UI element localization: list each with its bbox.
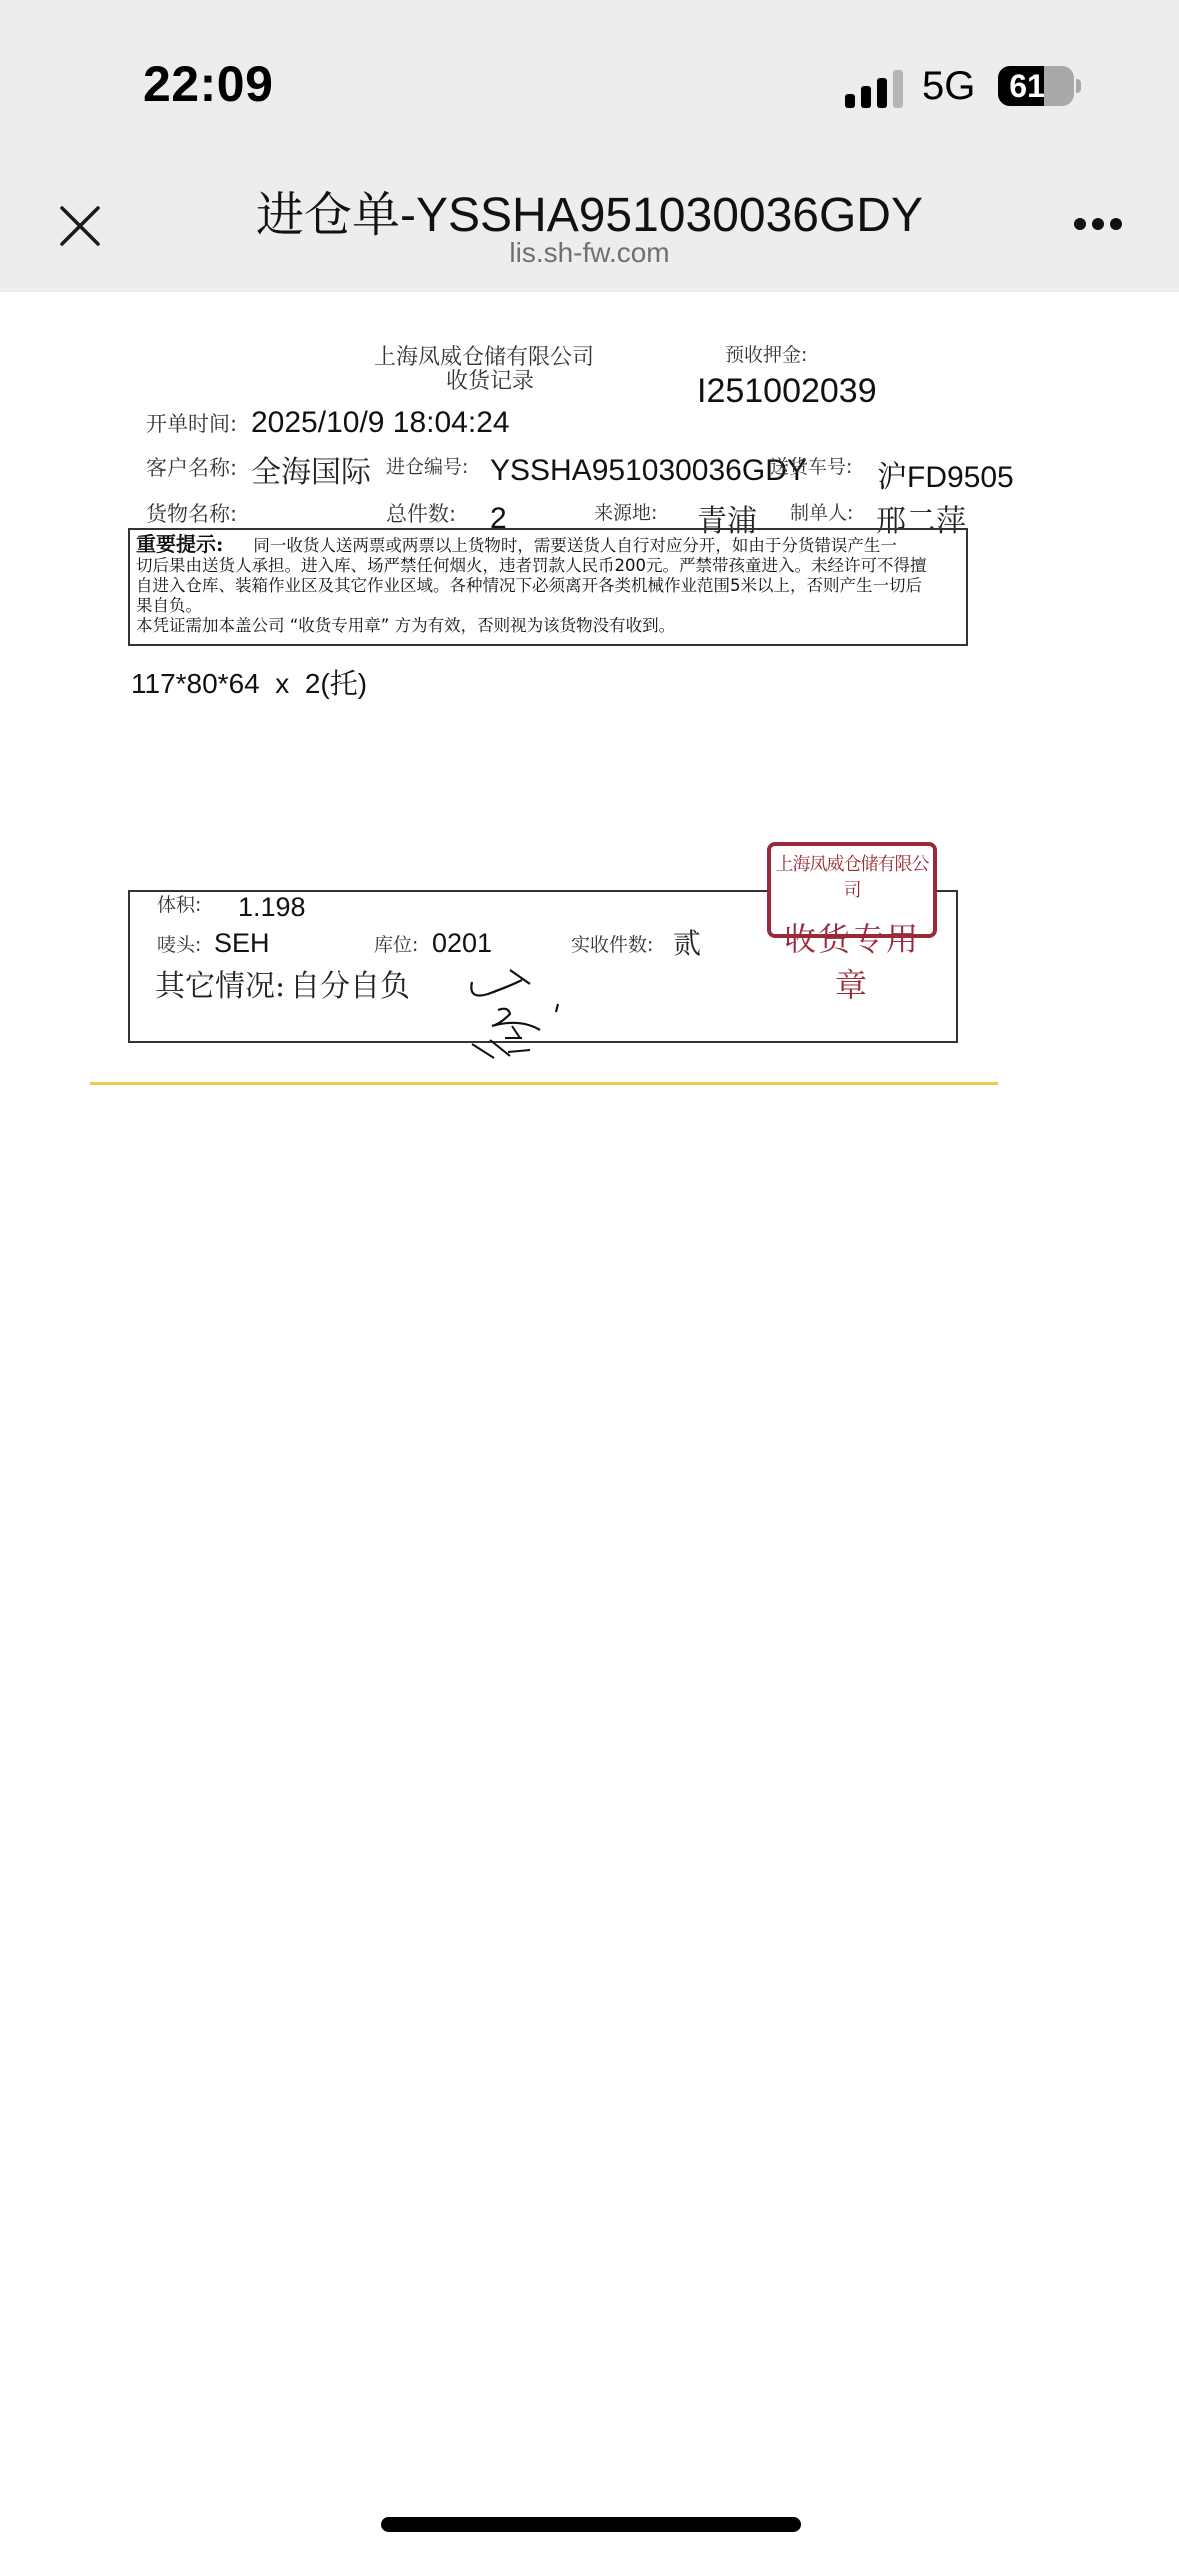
- stamp-company: 上海凤威仓储有限公司: [771, 850, 933, 902]
- handwritten-signature: [460, 952, 600, 1062]
- status-time: 22:09: [143, 55, 273, 113]
- receipt-number: I251002039: [697, 372, 877, 411]
- truck-number: 沪FD9505: [877, 452, 1014, 496]
- received-count: 贰: [673, 922, 701, 962]
- issuer-label: 制单人:: [790, 498, 853, 525]
- network-type: 5G: [922, 64, 975, 109]
- record-title: 收货记录: [446, 364, 534, 395]
- page-domain: lis.sh-fw.com: [0, 237, 1179, 269]
- notice-line: 果自负。: [136, 596, 960, 616]
- entry-number: YSSHA951030036GDY: [490, 454, 807, 488]
- mark-label: 唛头:: [157, 930, 201, 957]
- notice-line: 切后果由送货人承担。进入库、场严禁任何烟火，违者罚款人民币200元。严禁带孩童进…: [136, 556, 960, 576]
- browser-header: 22:09 5G 61 进仓单-YSSHA951030036GDY lis.sh…: [0, 0, 1179, 292]
- entry-no-label: 进仓编号:: [386, 452, 468, 479]
- stamp-title: 收货专用章: [771, 914, 933, 1006]
- notice-line: 自进入仓库、装箱作业区及其它作业区域。各种情况下必须离开各类机械作业范围5米以上…: [136, 576, 960, 596]
- volume: 1.198: [238, 892, 306, 923]
- goods-name-label: 货物名称:: [146, 498, 237, 528]
- total-pieces-label: 总件数:: [386, 498, 456, 528]
- more-icon-dot: [1110, 218, 1122, 230]
- volume-label: 体积:: [157, 890, 201, 917]
- battery-icon: 61: [998, 66, 1074, 106]
- customer-label: 客户名称:: [146, 452, 237, 482]
- notice-line: 本凭证需加本盖公司 “收货专用章” 方为有效，否则视为该货物没有收到。: [136, 616, 960, 636]
- notice-heading: 重要提示:: [136, 532, 223, 556]
- truck-no-label: 送货车号:: [770, 452, 852, 479]
- open-time-label: 开单时间:: [146, 408, 237, 438]
- more-icon-dot: [1092, 218, 1104, 230]
- customer-name: 全海国际: [251, 447, 371, 491]
- battery-nub: [1076, 79, 1081, 93]
- receipt-document: 上海凤威仓储有限公司 收货记录 预收押金: I251002039 开单时间: 2…: [0, 292, 1179, 1092]
- open-time: 2025/10/9 18:04:24: [251, 406, 510, 440]
- important-notice: 重要提示:同一收货人送两票或两票以上货物时，需要送货人自行对应分开，如由于分货错…: [128, 528, 968, 646]
- pallet-dimensions: 117*80*64 x 2(托): [131, 662, 367, 702]
- more-icon: [1074, 218, 1086, 230]
- notice-line: 同一收货人送两票或两票以上货物时，需要送货人自行对应分开，如由于分货错误产生一: [253, 536, 897, 555]
- deposit-label: 预收押金:: [725, 340, 807, 367]
- other-label: 其它情况:: [155, 961, 285, 1005]
- battery-percent: 61: [998, 66, 1056, 106]
- page-title: 进仓单-YSSHA951030036GDY: [0, 176, 1179, 245]
- location-label: 库位:: [374, 930, 418, 957]
- other-notes: 自分自负: [290, 961, 410, 1005]
- origin-label: 来源地:: [594, 498, 657, 525]
- more-button[interactable]: [1068, 212, 1124, 236]
- document-divider: [90, 1082, 998, 1085]
- home-indicator[interactable]: [381, 2517, 801, 2532]
- shipping-mark: SEH: [214, 928, 270, 959]
- signal-icon: [845, 68, 905, 108]
- receiving-stamp: 上海凤威仓储有限公司 收货专用章: [767, 842, 937, 938]
